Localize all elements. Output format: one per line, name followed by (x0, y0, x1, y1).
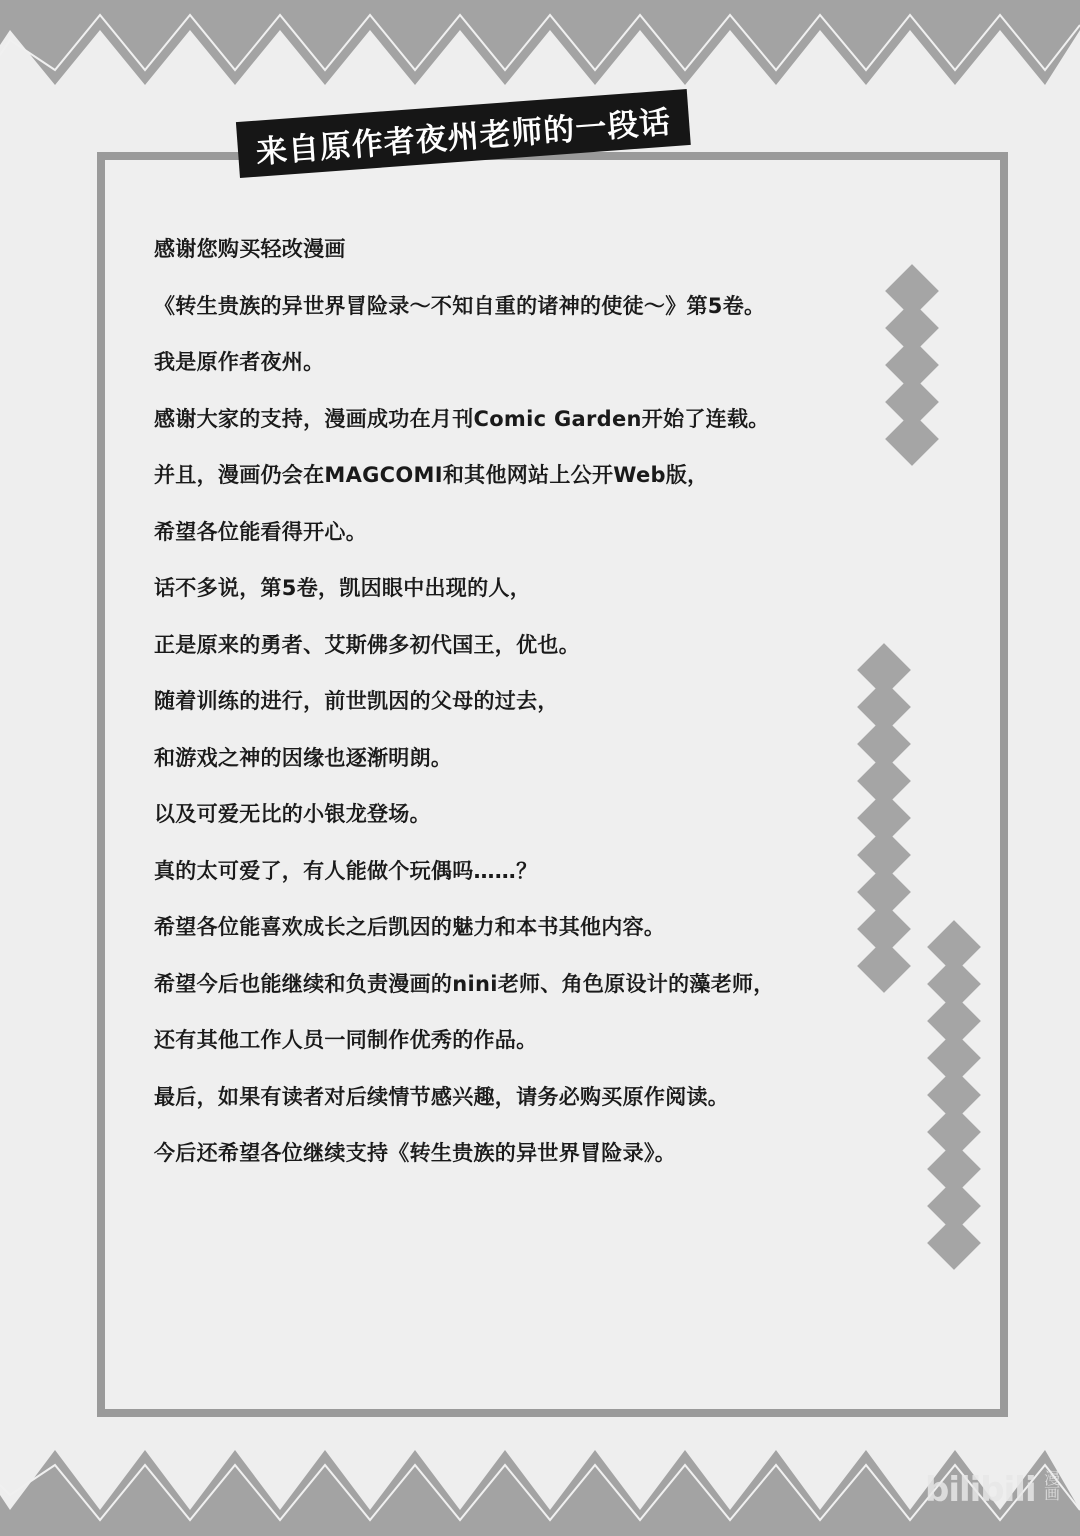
diamond-icon (927, 1216, 981, 1270)
paragraph: 今后还希望各位继续支持《转生贵族的异世界冒险录》。 (154, 1132, 854, 1189)
paragraph: 还有其他工作人员一同制作优秀的作品。 (154, 1019, 854, 1076)
diamond-icon (885, 412, 939, 466)
paragraph: 感谢大家的支持，漫画成功在月刊Comic Garden开始了连载。 (154, 398, 854, 455)
paragraph: 随着训练的进行，前世凯因的父母的过去， (154, 680, 854, 737)
paragraph: 正是原来的勇者、艾斯佛多初代国王，优也。 (154, 624, 854, 681)
paragraph: 希望各位能喜欢成长之后凯因的魅力和本书其他内容。 (154, 906, 854, 963)
message-body: 感谢您购买轻改漫画 《转生贵族的异世界冒险录～不知自重的诸神的使徒～》第5卷。 … (154, 228, 854, 1189)
diamond-column-2 (857, 651, 911, 1001)
paragraph: 真的太可爱了，有人能做个玩偶吗……？ (154, 850, 854, 907)
diamond-column-1 (885, 272, 939, 472)
diamond-column-3 (927, 928, 981, 1278)
bottom-zigzag-border (0, 1440, 1080, 1536)
bilibili-watermark-logo: bilibili漫画 (925, 1470, 1063, 1510)
paragraph: 最后，如果有读者对后续情节感兴趣，请务必购买原作阅读。 (154, 1076, 854, 1133)
paragraph: 我是原作者夜州。 (154, 341, 854, 398)
paragraph: 并且，漫画仍会在MAGCOMI和其他网站上公开Web版， (154, 454, 854, 511)
paragraph: 感谢您购买轻改漫画 (154, 228, 854, 285)
paragraph: 和游戏之神的因缘也逐渐明朗。 (154, 737, 854, 794)
paragraph: 希望各位能看得开心。 (154, 511, 854, 568)
top-zigzag-border (0, 0, 1080, 90)
watermark-sub-text: 漫画 (1040, 1470, 1063, 1500)
paragraph: 话不多说，第5卷，凯因眼中出现的人， (154, 567, 854, 624)
paragraph: 以及可爱无比的小银龙登场。 (154, 793, 854, 850)
diamond-icon (857, 939, 911, 993)
watermark-logo-text: bilibili (925, 1470, 1036, 1510)
paragraph: 《转生贵族的异世界冒险录～不知自重的诸神的使徒～》第5卷。 (154, 285, 854, 342)
paragraph: 希望今后也能继续和负责漫画的nini老师、角色原设计的藻老师， (154, 963, 854, 1020)
